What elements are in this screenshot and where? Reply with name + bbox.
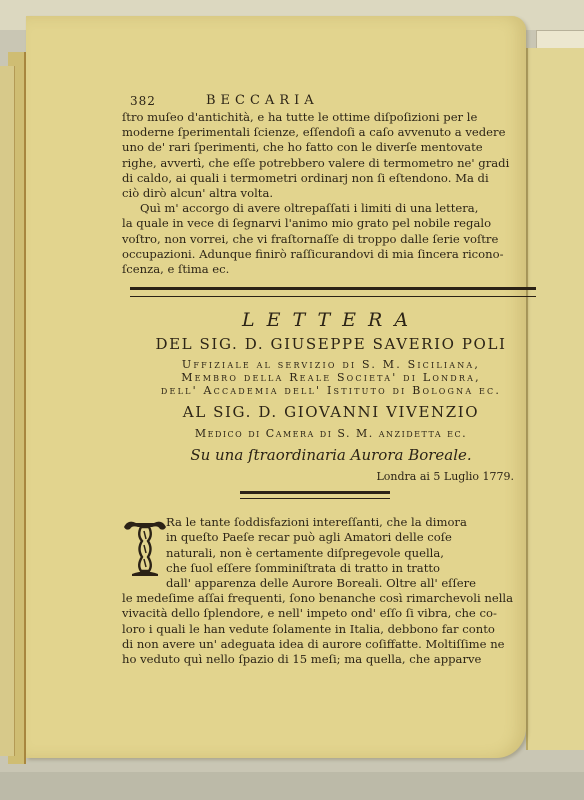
text-line: dall' apparenza delle Aurore Boreali. Ol…: [122, 576, 540, 591]
text-line: occupazioni. Adunque finirò raſſicurando…: [122, 247, 540, 262]
letter-title: LETTERA: [122, 309, 540, 331]
text-line: voſtro, non vorrei, che vi fraſtornaſſe …: [122, 232, 540, 247]
author-titles: Uffiziale al servizio di S. M. Siciliana…: [122, 358, 540, 397]
paragraph-1: ſtro muſeo d'antichità, e ha tutte le ot…: [122, 110, 540, 201]
text-line: ſcenza, e ſtima ec.: [122, 262, 540, 277]
section-divider-rule: [130, 287, 536, 297]
author-title-line: Membro della Reale Societa' di Londra,: [122, 371, 540, 384]
text-line: che ſuol eſſere ſomminiſtrata di tratto …: [122, 561, 540, 576]
page-number: 382: [130, 94, 156, 108]
paragraph-2: Quì m' accorgo di avere oltrepaſſati i l…: [122, 201, 540, 277]
ornamental-drop-cap-t-icon: [122, 517, 168, 577]
text-line: ſtro muſeo d'antichità, e ha tutte le ot…: [122, 110, 540, 125]
text-line: uno de' rari ſperimenti, che ho fatto co…: [122, 140, 540, 155]
table-surface: [0, 772, 584, 800]
text-line: le medeſime aſſai frequenti, ſono benanc…: [122, 591, 540, 606]
page-header: 382 BECCARIA: [122, 92, 540, 110]
short-divider-rule: [240, 491, 390, 499]
letter-dateline: Londra ai 5 Luglio 1779.: [122, 470, 514, 483]
author-title-line: Uffiziale al servizio di S. M. Siciliana…: [122, 358, 540, 371]
letter-recipient: AL SIG. D. GIOVANNI VIVENZIO: [122, 403, 540, 421]
text-line: di non avere un' adeguata idea di aurore…: [122, 637, 540, 652]
letter-subject: Su una ſtraordinaria Aurora Boreale.: [122, 446, 540, 464]
letter-body: Ra le tante ſoddisfazioni intereſſanti, …: [122, 515, 540, 667]
text-line: naturali, non è certamente diſpregevole …: [122, 546, 540, 561]
text-line: moderne ſperimentali ſcienze, eſſendoſi …: [122, 125, 540, 140]
text-line: righe, avvertì, che eſſe potrebbero vale…: [122, 156, 540, 171]
text-line: la quale in vece di ſegnarvi l'animo mio…: [122, 216, 540, 231]
text-line: Ra le tante ſoddisfazioni intereſſanti, …: [122, 515, 540, 530]
page-stack-edge-outer: [0, 66, 15, 756]
page-content: 382 BECCARIA ſtro muſeo d'antichità, e h…: [122, 92, 540, 667]
letter-author: DEL SIG. D. GIUSEPPE SAVERIO POLI: [122, 335, 540, 353]
text-line: ho veduto quì nello ſpazio di 15 meſi; m…: [122, 652, 540, 667]
running-head: BECCARIA: [206, 93, 319, 108]
text-line: in queſto Paeſe recar può agli Amatori d…: [122, 530, 540, 545]
text-line: ciò dirò alcun' altra volta.: [122, 186, 540, 201]
text-line: loro i quali le han vedute ſolamente in …: [122, 622, 540, 637]
book-page: 382 BECCARIA ſtro muſeo d'antichità, e h…: [26, 16, 526, 758]
letter-opening-lines: Ra le tante ſoddisfazioni intereſſanti, …: [122, 515, 540, 667]
text-line: vivacità dello ſplendore, e nell' impeto…: [122, 606, 540, 621]
text-line: Quì m' accorgo di avere oltrepaſſati i l…: [122, 201, 540, 216]
text-line: di caldo, ai quali i termometri ordinarj…: [122, 171, 540, 186]
bookmark-slip: [536, 30, 584, 50]
author-title-line: dell' Accademia dell' Istituto di Bologn…: [122, 384, 540, 397]
recipient-title: Medico di Camera di S. M. anzidetta ec.: [122, 427, 540, 440]
